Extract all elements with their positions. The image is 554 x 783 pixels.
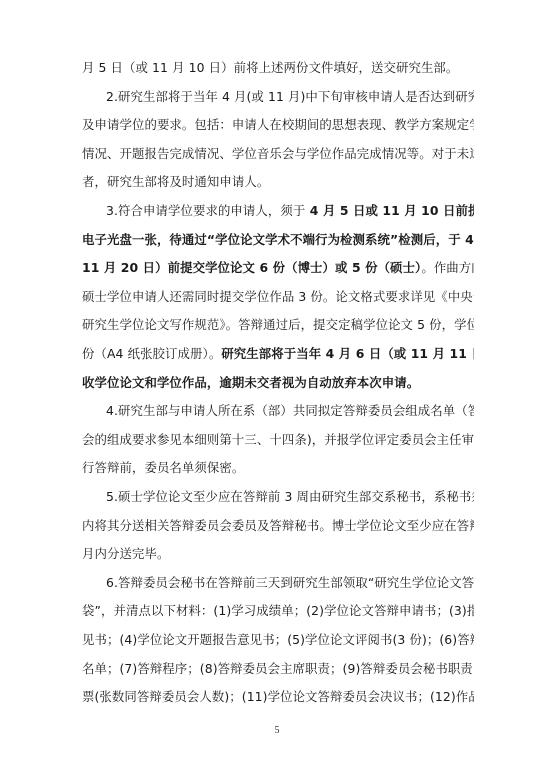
text-segment: 硕士学位申请人还需同时提交学位作品 3 份。论文格式要求详见《中央音乐学院 (82, 289, 474, 304)
text-segment: 2.研究生部将于当年 4 月(或 11 月)中下旬审核申请人是否达到研究生毕业 (106, 89, 474, 104)
text-line: 份（A4 纸张胶订成册）。研究生部将于当年 4 月 6 日（或 11 月 11 … (82, 344, 474, 364)
text-line: 11 月 20 日）前提交学位论文 6 份（博士）或 5 份（硕士）。作曲方向的… (82, 258, 474, 278)
text-segment: 行答辩前，委员名单须保密。 (82, 460, 244, 475)
text-segment: 份（A4 纸张胶订成册）。 (82, 346, 221, 361)
text-line: 内将其分送相关答辩委员会委员及答辩秘书。博士学位论文至少应在答辩前 1 个 (82, 516, 474, 536)
text-segment: 4.研究生部与申请人所在系（部）共同拟定答辩委员会组成名单（答辩委员 (106, 403, 474, 418)
bold-text-segment: 电子光盘一张，待通过“学位论文学术不端行为检测系统”检测后，于 4 月 20 日… (82, 232, 474, 247)
text-line: 袋”，并清点以下材料：(1)学习成绩单；(2)学位论文答辩申请书；(3)指导教师… (82, 601, 474, 621)
text-line: 6.答辩委员会秘书在答辩前三天到研究生部领取“研究生学位论文答辩文件 (106, 573, 474, 593)
text-segment: 情况、开题报告完成情况、学位音乐会与学位作品完成情况等。对于未达到要求 (82, 146, 474, 161)
text-segment: 月内分送完毕。 (82, 546, 169, 561)
text-segment: 名单；(7)答辩程序；(8)答辩委员会主席职责；(9)答辩委员会秘书职责；(10… (82, 661, 474, 676)
text-line: 3.符合申请学位要求的申请人，须于 4 月 5 日或 11 月 10 日前提交学… (106, 201, 474, 221)
text-segment: 票(张数同答辩委员会人数)；(11)学位论文答辩委员会决议书；(12)作品评议书… (82, 689, 474, 704)
text-line: 月 5 日（或 11 月 10 日）前将上述两份文件填好，送交研究生部。 (82, 58, 474, 78)
text-segment: 者，研究生部将及时通知申请人。 (82, 174, 269, 189)
text-line: 电子光盘一张，待通过“学位论文学术不端行为检测系统”检测后，于 4 月 20 日… (82, 230, 474, 250)
bold-text-segment: 收学位论文和学位作品，逾期未交者视为自动放弃本次申请。 (82, 375, 419, 390)
text-segment: 及申请学位的要求。包括：申请人在校期间的思想表现、教学方案规定学分完成 (82, 117, 474, 132)
text-segment: 5.硕士学位论文至少应在答辩前 3 周由研究生部交系秘书，系秘书须于 1 周 (106, 489, 474, 504)
text-segment: 。作曲方向的博士与 (421, 260, 474, 275)
text-line: 硕士学位申请人还需同时提交学位作品 3 份。论文格式要求详见《中央音乐学院 (82, 287, 474, 307)
text-line: 票(张数同答辩委员会人数)；(11)学位论文答辩委员会决议书；(12)作品评议书… (82, 687, 474, 707)
text-segment: 袋”，并清点以下材料：(1)学习成绩单；(2)学位论文答辩申请书；(3)指导教师… (82, 603, 474, 618)
page-number: 5 (0, 725, 554, 736)
document-page: 月 5 日（或 11 月 10 日）前将上述两份文件填好，送交研究生部。2.研究… (0, 0, 554, 783)
bold-text-segment: 研究生部将于当年 4 月 6 日（或 11 月 11 日）起停止接 (221, 346, 474, 361)
text-segment: 见书；(4)学位论文开题报告意见书；(5)学位论文评阅书(3 份)；(6)答辩委… (82, 632, 474, 647)
text-line: 者，研究生部将及时通知申请人。 (82, 172, 474, 192)
text-line: 收学位论文和学位作品，逾期未交者视为自动放弃本次申请。 (82, 373, 474, 393)
text-segment: 3.符合申请学位要求的申请人，须于 (106, 203, 305, 218)
text-line: 名单；(7)答辩程序；(8)答辩委员会主席职责；(9)答辩委员会秘书职责；(10… (82, 659, 474, 679)
text-segment: 会的组成要求参见本细则第十三、十四条)，并报学位评定委员会主任审批。在进 (82, 432, 474, 447)
text-line: 5.硕士学位论文至少应在答辩前 3 周由研究生部交系秘书，系秘书须于 1 周 (106, 487, 474, 507)
text-segment: 研究生学位论文写作规范》。答辩通过后，提交定稿学位论文 5 份，学位作品 1 (82, 317, 474, 332)
text-segment: 内将其分送相关答辩委员会委员及答辩秘书。博士学位论文至少应在答辩前 1 个 (82, 518, 474, 533)
text-line: 及申请学位的要求。包括：申请人在校期间的思想表现、教学方案规定学分完成 (82, 115, 474, 135)
text-line: 见书；(4)学位论文开题报告意见书；(5)学位论文评阅书(3 份)；(6)答辩委… (82, 630, 474, 650)
bold-text-segment: 11 月 20 日）前提交学位论文 6 份（博士）或 5 份（硕士） (82, 260, 421, 275)
text-line: 4.研究生部与申请人所在系（部）共同拟定答辩委员会组成名单（答辩委员 (106, 401, 474, 421)
text-line: 研究生学位论文写作规范》。答辩通过后，提交定稿学位论文 5 份，学位作品 1 (82, 315, 474, 335)
text-line: 情况、开题报告完成情况、学位音乐会与学位作品完成情况等。对于未达到要求 (82, 144, 474, 164)
text-line: 行答辩前，委员名单须保密。 (82, 458, 474, 478)
text-line: 月内分送完毕。 (82, 544, 474, 564)
text-segment: 6.答辩委员会秘书在答辩前三天到研究生部领取“研究生学位论文答辩文件 (106, 575, 474, 590)
text-segment: 月 5 日（或 11 月 10 日）前将上述两份文件填好，送交研究生部。 (82, 60, 458, 75)
text-line: 会的组成要求参见本细则第十三、十四条)，并报学位评定委员会主任审批。在进 (82, 430, 474, 450)
bold-text-segment: 4 月 5 日或 11 月 10 日前提交学位论文 (305, 203, 474, 218)
text-line: 2.研究生部将于当年 4 月(或 11 月)中下旬审核申请人是否达到研究生毕业 (106, 87, 474, 107)
